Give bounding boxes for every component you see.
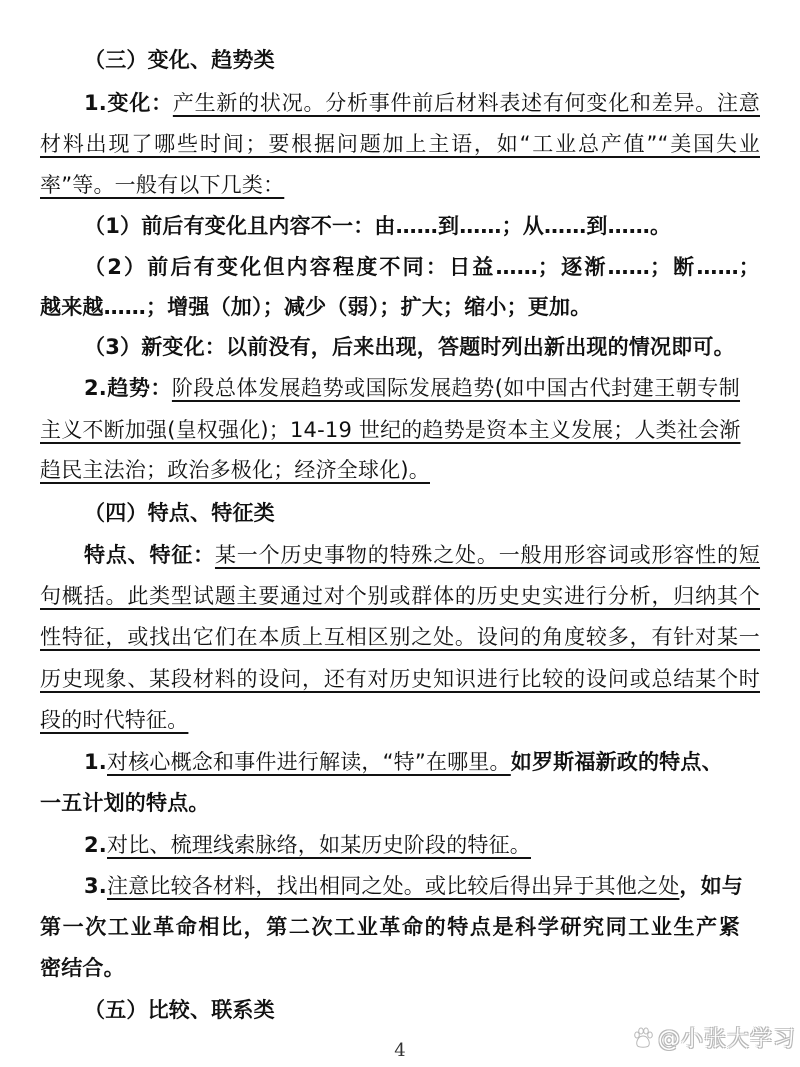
paragraph-features-line-5: 段的时代特征。 [40,705,760,735]
list-text: （1）前后有变化且内容不一：由……到……；从……到……。 [84,214,671,238]
watermark: @小张大学习 [632,1022,796,1053]
item-text: 对比、梳理线索脉络，如某历史阶段的特征。 [107,833,531,857]
list-item-features-1: 1.对核心概念和事件进行解读，“特”在哪里。如罗斯福新政的特点、 [84,747,800,777]
baidu-paw-icon [632,1027,654,1049]
term-label: 1.变化： [84,91,173,115]
item-number: 2. [84,833,107,857]
list-text: 越来越……；增强（加）；减少（弱）；扩大；缩小；更加。 [40,295,591,319]
item-example: 第一次工业革命相比，第二次工业革命的特点是科学研究同工业生产紧 [40,915,740,939]
section-heading-features: （四）特点、特征类 [84,498,800,528]
document-page: （三）变化、趋势类 1.变化：产生新的状况。分析事件前后材料表述有何变化和差异。… [0,0,800,1067]
heading-text: （五）比较、联系类 [84,998,275,1022]
list-item-change-1: （1）前后有变化且内容不一：由……到……；从……到……。 [84,211,800,241]
term-label: 特点、特征： [84,543,215,567]
definition-text: 性特征，或找出它们在本质上互相区别之处。设问的角度较多，有针对某一 [40,625,760,649]
watermark-text: @小张大学习 [658,1022,796,1053]
paragraph-trend-line-2: 主义不断加强(皇权强化)；14-19 世纪的趋势是资本主义发展；人类社会渐 [40,415,740,445]
list-item-change-3: （3）新变化：以前没有，后来出现，答题时列出新出现的情况即可。 [84,332,800,362]
definition-text: 阶段总体发展趋势或国际发展趋势(如中国古代封建王朝专制 [172,376,740,400]
item-text: 对核心概念和事件进行解读，“特”在哪里。 [107,750,511,774]
paragraph-change-line-3: 率”等。一般有以下几类： [40,170,760,200]
section-heading-comparison: （五）比较、联系类 [84,995,800,1025]
item-number: 1. [84,750,107,774]
heading-text: （三）变化、趋势类 [84,48,275,72]
page-number: 4 [390,1040,410,1061]
item-text: 注意比较各材料，找出相同之处。或比较后得出异于其他之处 [107,874,679,898]
list-text: （3）新变化：以前没有，后来出现，答题时列出新出现的情况即可。 [84,335,735,359]
list-item-features-2: 2.对比、梳理线索脉络，如某历史阶段的特征。 [84,830,800,860]
definition-text: 句概括。此类型试题主要通过对个别或群体的历史史实进行分析，归纳其个 [40,584,760,608]
item-example: 一五计划的特点。 [40,791,210,815]
paragraph-trend-line-1: 2.趋势：阶段总体发展趋势或国际发展趋势(如中国古代封建王朝专制 [84,373,740,403]
definition-text: 历史现象、某段材料的设问，还有对历史知识进行比较的设问或总结某个时 [40,667,760,691]
item-number: 3. [84,874,107,898]
paragraph-features-line-2: 句概括。此类型试题主要通过对个别或群体的历史史实进行分析，归纳其个 [40,581,760,611]
definition-text: 产生新的状况。分析事件前后材料表述有何变化和差异。注意 [173,91,760,115]
definition-text: 段的时代特征。 [40,708,188,732]
definition-text: 主义不断加强(皇权强化)；14-19 世纪的趋势是资本主义发展；人类社会渐 [40,418,740,442]
list-item-features-3-cont-1: 第一次工业革命相比，第二次工业革命的特点是科学研究同工业生产紧 [40,912,740,942]
paragraph-features-line-4: 历史现象、某段材料的设问，还有对历史知识进行比较的设问或总结某个时 [40,664,760,694]
item-example: 密结合。 [40,956,125,980]
definition-text: 率”等。一般有以下几类： [40,173,284,197]
paragraph-features-line-3: 性特征，或找出它们在本质上互相区别之处。设问的角度较多，有针对某一 [40,622,760,652]
list-item-change-2: （2）前后有变化但内容程度不同：日益……；逐渐……；断……； [84,252,760,282]
term-label: 2.趋势： [84,376,172,400]
list-text: （2）前后有变化但内容程度不同：日益……；逐渐……；断……； [84,255,760,279]
list-item-features-3-cont-2: 密结合。 [40,953,760,983]
definition-text: 材料出现了哪些时间；要根据问题加上主语，如“工业总产值”“美国失业 [40,132,760,156]
paragraph-features-line-1: 特点、特征：某一个历史事物的特殊之处。一般用形容词或形容性的短 [84,540,760,570]
list-item-features-3: 3.注意比较各材料，找出相同之处。或比较后得出异于其他之处，如与 [84,871,800,901]
section-heading-change-trend: （三）变化、趋势类 [84,45,800,75]
definition-text: 趋民主法治；政治多极化；经济全球化)。 [40,458,430,482]
list-item-features-1-cont: 一五计划的特点。 [40,788,760,818]
paragraph-trend-line-3: 趋民主法治；政治多极化；经济全球化)。 [40,455,760,485]
paragraph-change-line-2: 材料出现了哪些时间；要根据问题加上主语，如“工业总产值”“美国失业 [40,129,760,159]
heading-text: （四）特点、特征类 [84,501,275,525]
paragraph-change-line-1: 1.变化：产生新的状况。分析事件前后材料表述有何变化和差异。注意 [84,88,760,118]
item-example: ，如与 [679,874,743,898]
list-item-change-2-cont: 越来越……；增强（加）；减少（弱）；扩大；缩小；更加。 [40,292,760,322]
item-example: 如罗斯福新政的特点、 [511,750,723,774]
definition-text: 某一个历史事物的特殊之处。一般用形容词或形容性的短 [215,543,760,567]
